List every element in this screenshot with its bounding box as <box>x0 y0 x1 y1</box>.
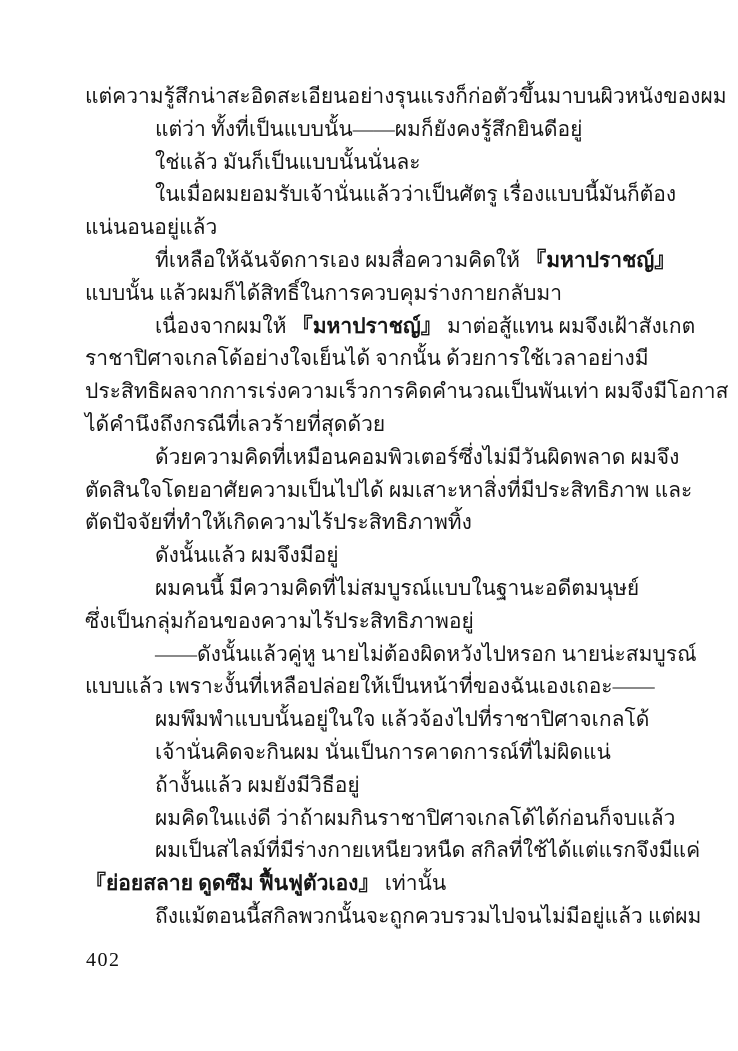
text-segment: แต่ความรู้สึกน่าสะอิดสะเอียนอย่างรุนแรงก… <box>85 84 727 108</box>
text-segment: แน่นอนอยู่แล้ว <box>85 215 217 239</box>
text-line: 『ย่อยสลาย ดูดซึม ฟื้นฟูตัวเอง』 เท่านั้น <box>85 867 659 900</box>
text-segment: มาต่อสู้แทน ผมจึงเฝ้าสังเกต <box>442 314 696 338</box>
text-line: ——ดังนั้นแล้วคู่หู นายไม่ต้องผิดหวังไปหร… <box>85 638 659 671</box>
text-segment: ด้วยความคิดที่เหมือนคอมพิวเตอร์ซึ่งไม่มี… <box>155 445 679 469</box>
text-line: ราชาปิศาจเกลโด้อย่างใจเย็นได้ จากนั้น ด้… <box>85 342 659 375</box>
text-segment: ดังนั้นแล้ว ผมจึงมีอยู่ <box>155 543 339 567</box>
text-line: ได้คำนึงถึงกรณีที่เลวร้ายที่สุดด้วย <box>85 408 659 441</box>
text-line: แบบนั้น แล้วผมก็ได้สิทธิ์ในการควบคุมร่าง… <box>85 277 659 310</box>
text-line: ซึ่งเป็นกลุ่มก้อนของความไร้ประสิทธิภาพอย… <box>85 605 659 638</box>
text-line: ด้วยความคิดที่เหมือนคอมพิวเตอร์ซึ่งไม่มี… <box>85 441 659 474</box>
text-segment: แต่ว่า ทั้งที่เป็นแบบนั้น——ผมก็ยังคงรู้ส… <box>155 117 582 141</box>
text-segment: ตัดปัจจัยที่ทำให้เกิดความไร้ประสิทธิภาพท… <box>85 510 472 534</box>
text-segment: ตัดสินใจโดยอาศัยความเป็นไปได้ ผมเสาะหาสิ… <box>85 478 692 502</box>
text-line: ถ้างั้นแล้ว ผมยังมีวิธีอยู่ <box>85 769 659 802</box>
page-text-block: แต่ความรู้สึกน่าสะอิดสะเอียนอย่างรุนแรงก… <box>85 80 659 933</box>
page-number: 402 <box>86 949 121 972</box>
text-segment: ซึ่งเป็นกลุ่มก้อนของความไร้ประสิทธิภาพอย… <box>85 609 474 633</box>
text-line: ตัดปัจจัยที่ทำให้เกิดความไร้ประสิทธิภาพท… <box>85 506 659 539</box>
text-segment: ใช่แล้ว มันก็เป็นแบบนั้นนั่นละ <box>155 150 421 174</box>
text-segment: ผมคิดในแง่ดี ว่าถ้าผมกินราชาปิศาจเกลโด้ไ… <box>155 806 675 830</box>
text-segment: แบบแล้ว เพราะงั้นที่เหลือปล่อยให้เป็นหน้… <box>85 674 655 698</box>
text-segment: แบบนั้น แล้วผมก็ได้สิทธิ์ในการควบคุมร่าง… <box>85 281 562 305</box>
text-line: ถึงแม้ตอนนี้สกิลพวกนั้นจะถูกควบรวมไปจนไม… <box>85 900 659 933</box>
emphasized-term: 『ย่อยสลาย ดูดซึม ฟื้นฟูตัวเอง』 <box>85 871 379 895</box>
text-line: แบบแล้ว เพราะงั้นที่เหลือปล่อยให้เป็นหน้… <box>85 670 659 703</box>
text-segment: เนื่องจากผมให้ <box>155 314 292 338</box>
text-line: ใช่แล้ว มันก็เป็นแบบนั้นนั่นละ <box>85 146 659 179</box>
text-segment: ประสิทธิผลจากการเร่งความเร็วการคิดคำนวณเ… <box>85 379 728 403</box>
text-line: แต่ความรู้สึกน่าสะอิดสะเอียนอย่างรุนแรงก… <box>85 80 659 113</box>
emphasized-term: 『มหาปราชญ์』 <box>525 248 675 272</box>
text-line: เจ้านั่นคิดจะกินผม นั่นเป็นการคาดการณ์ที… <box>85 736 659 769</box>
text-segment: ในเมื่อผมยอมรับเจ้านั่นแล้วว่าเป็นศัตรู … <box>155 182 676 206</box>
text-line: ตัดสินใจโดยอาศัยความเป็นไปได้ ผมเสาะหาสิ… <box>85 474 659 507</box>
text-line: ประสิทธิผลจากการเร่งความเร็วการคิดคำนวณเ… <box>85 375 659 408</box>
text-line: ผมคนนี้ มีความคิดที่ไม่สมบูรณ์แบบในฐานะอ… <box>85 572 659 605</box>
text-line: แต่ว่า ทั้งที่เป็นแบบนั้น——ผมก็ยังคงรู้ส… <box>85 113 659 146</box>
text-line: ที่เหลือให้ฉันจัดการเอง ผมสื่อความคิดให้… <box>85 244 659 277</box>
text-segment: ที่เหลือให้ฉันจัดการเอง ผมสื่อความคิดให้ <box>155 248 525 272</box>
text-segment: ราชาปิศาจเกลโด้อย่างใจเย็นได้ จากนั้น ด้… <box>85 346 649 370</box>
text-segment: ผมพึมพำแบบนั้นอยู่ในใจ แล้วจ้องไปที่ราชา… <box>155 707 649 731</box>
text-segment: เท่านั้น <box>379 871 446 895</box>
text-line: ในเมื่อผมยอมรับเจ้านั่นแล้วว่าเป็นศัตรู … <box>85 178 659 211</box>
text-segment: ผมคนนี้ มีความคิดที่ไม่สมบูรณ์แบบในฐานะอ… <box>155 576 639 600</box>
text-segment: ถึงแม้ตอนนี้สกิลพวกนั้นจะถูกควบรวมไปจนไม… <box>155 904 701 928</box>
text-line: ผมคิดในแง่ดี ว่าถ้าผมกินราชาปิศาจเกลโด้ไ… <box>85 802 659 835</box>
text-segment: เจ้านั่นคิดจะกินผม นั่นเป็นการคาดการณ์ที… <box>155 740 611 764</box>
emphasized-term: 『มหาปราชญ์』 <box>292 314 442 338</box>
text-line: เนื่องจากผมให้ 『มหาปราชญ์』 มาต่อสู้แทน ผ… <box>85 310 659 343</box>
book-page: แต่ความรู้สึกน่าสะอิดสะเอียนอย่างรุนแรงก… <box>0 0 738 1051</box>
text-segment: ได้คำนึงถึงกรณีที่เลวร้ายที่สุดด้วย <box>85 412 385 436</box>
text-line: ผมเป็นสไลม์ที่มีร่างกายเหนียวหนืด สกิลที… <box>85 834 659 867</box>
text-segment: ——ดังนั้นแล้วคู่หู นายไม่ต้องผิดหวังไปหร… <box>155 642 697 666</box>
text-line: ดังนั้นแล้ว ผมจึงมีอยู่ <box>85 539 659 572</box>
text-line: แน่นอนอยู่แล้ว <box>85 211 659 244</box>
text-segment: ผมเป็นสไลม์ที่มีร่างกายเหนียวหนืด สกิลที… <box>155 838 700 862</box>
text-line: ผมพึมพำแบบนั้นอยู่ในใจ แล้วจ้องไปที่ราชา… <box>85 703 659 736</box>
text-segment: ถ้างั้นแล้ว ผมยังมีวิธีอยู่ <box>155 773 360 797</box>
